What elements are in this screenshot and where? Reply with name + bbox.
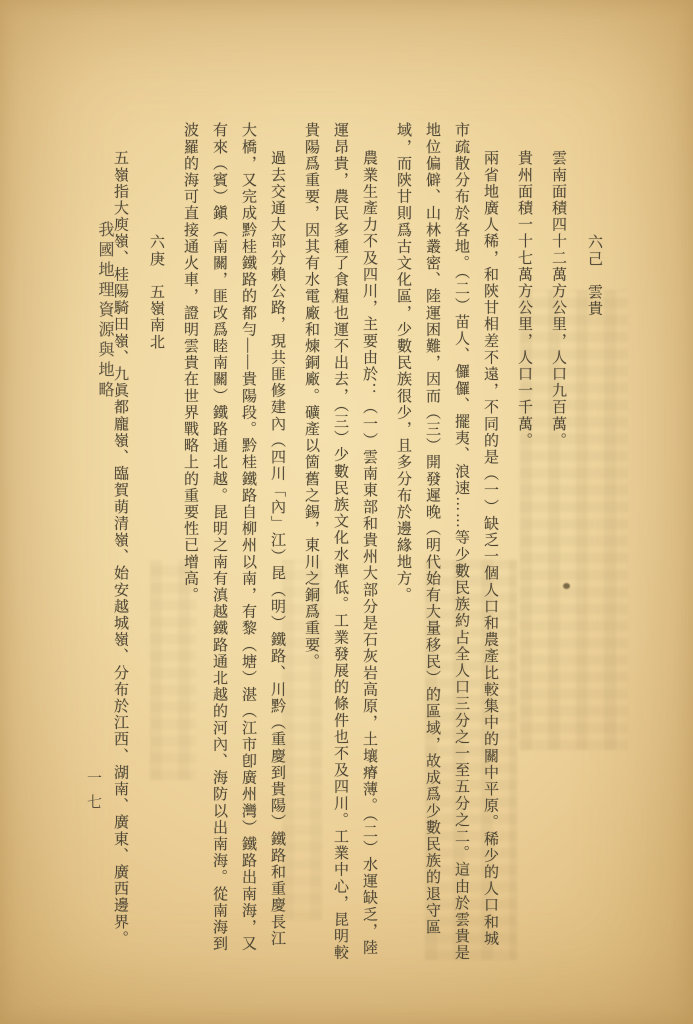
- paragraph-agriculture-industry: 農業生產力不及四川，主要由於：（一）雲南東部和貴州大部分是石灰岩高原，土壤瘠薄。…: [296, 122, 383, 962]
- section-heading-yungui: 六己 雲貴: [579, 122, 608, 962]
- paragraph-transport: 過去交通大部分賴公路，現共匪修建內（四川「內」江）昆（明）鐵路、川黔（重慶到貴陽…: [175, 122, 291, 962]
- paragraph-population: 兩省地廣人稀，和陝甘相差不遠，不同的是（一）缺乏一個人口和農產比較集中的關中平原…: [388, 122, 504, 962]
- section-heading-wuling: 六庚 五嶺南北: [141, 122, 170, 962]
- page-text-block: 六己 雲貴 雲南面積四十二萬方公里，人口九百萬。 貴州面積一十七萬方公里，人口一…: [100, 122, 608, 962]
- running-title: 我國地理資源與地略: [93, 221, 116, 401]
- paragraph-yunnan-area: 雲南面積四十二萬方公里，人口九百萬。: [543, 122, 572, 962]
- book-page: 六己 雲貴 雲南面積四十二萬方公里，人口九百萬。 貴州面積一十七萬方公里，人口一…: [0, 0, 693, 1024]
- page-number: 一七: [83, 770, 104, 818]
- paragraph-guizhou-area: 貴州面積一十七萬方公里，人口一千萬。: [509, 122, 538, 962]
